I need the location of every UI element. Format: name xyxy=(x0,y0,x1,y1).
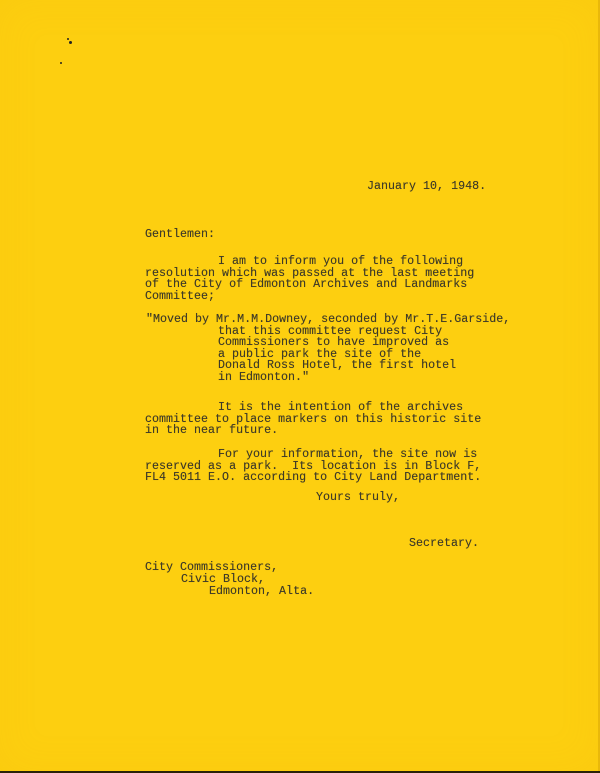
salutation: Gentlemen: xyxy=(145,229,215,241)
quote-line: in Edmonton." xyxy=(218,372,309,384)
paper-speck xyxy=(60,62,62,64)
paper-speck xyxy=(67,38,69,40)
letter-date: January 10, 1948. xyxy=(367,181,486,193)
letter-page: January 10, 1948. Gentlemen: I am to inf… xyxy=(0,0,598,771)
closing: Yours truly, xyxy=(316,492,400,504)
paper-speck xyxy=(69,41,72,44)
paragraph-line: in the near future. xyxy=(145,425,278,437)
paragraph-line: Committee; xyxy=(145,291,215,303)
signature-title: Secretary. xyxy=(409,538,479,550)
address-line: Edmonton, Alta. xyxy=(209,586,314,598)
paragraph-line: FL4 5011 E.O. according to City Land Dep… xyxy=(145,472,481,484)
